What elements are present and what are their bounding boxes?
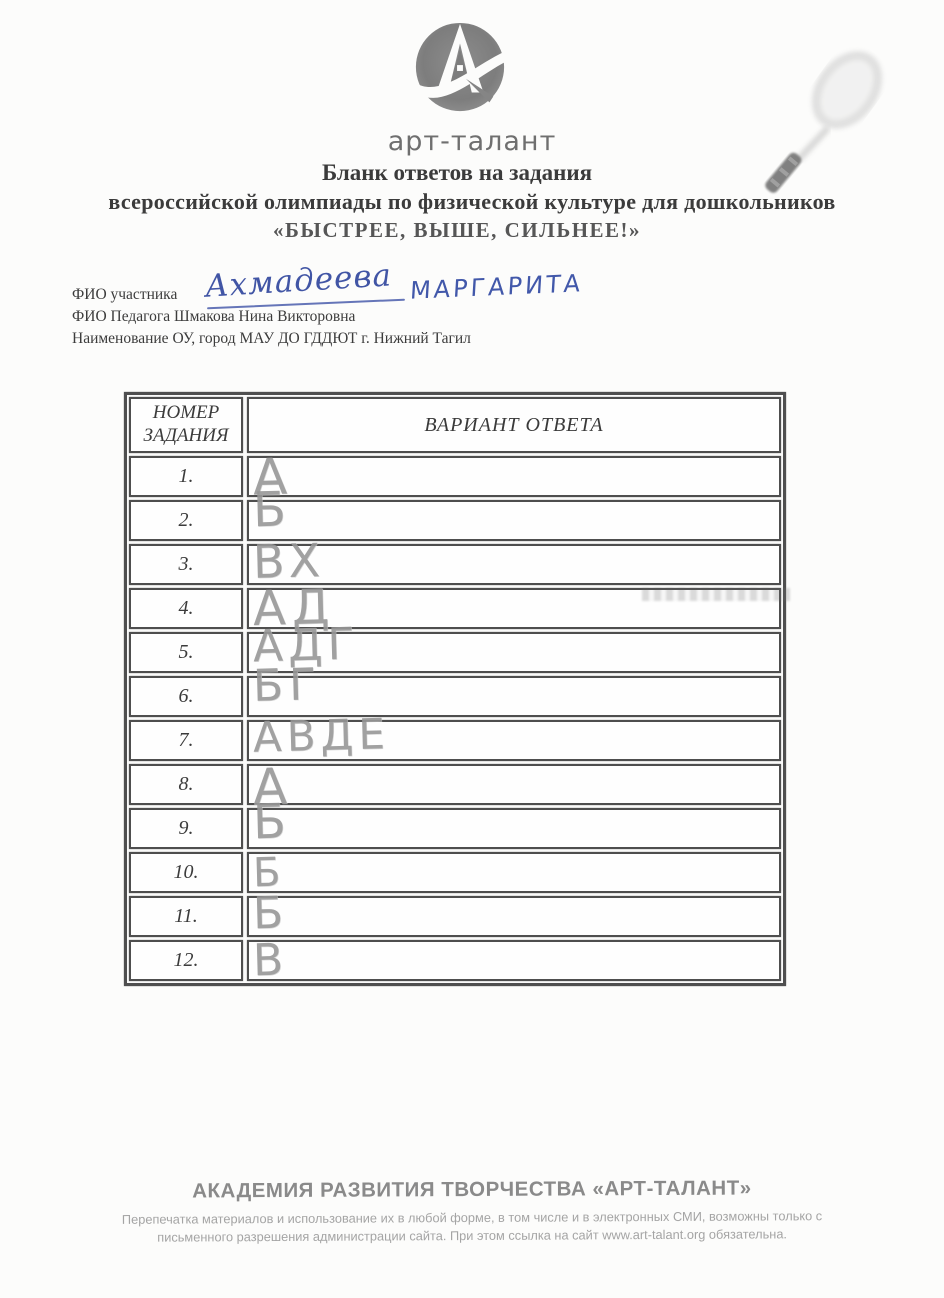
scan-smudge-streak [642,588,790,601]
table-row-11: 11. Б [129,896,781,937]
footer-copyright-note: Перепечатка материалов и использование и… [0,1207,944,1248]
table-row-10: 10. Б [129,852,781,893]
task-number-cell: 12. [129,940,243,981]
table-row-5: 5. АДГ [129,632,781,673]
task-number-cell: 2. [129,500,243,541]
task-number-cell: 1. [129,456,243,497]
task-number-cell: 7. [129,720,243,761]
task-number-cell: 3. [129,544,243,585]
handwritten-answer: БГ [252,664,322,708]
task-number-cell: 5. [129,632,243,673]
task-number-header-line2: ЗАДАНИЯ [144,425,229,448]
table-header-row: НОМЕР ЗАДАНИЯ ВАРИАНТ ОТВЕТА [129,397,781,453]
answer-cell: Б [247,500,781,541]
form-title-line3: «БЫСТРЕЕ, ВЫШЕ, СИЛЬНЕЕ!» [0,218,914,243]
task-number-cell: 4. [129,588,243,629]
task-number-header-line1: НОМЕР [153,402,219,425]
handwritten-answer: В [252,940,283,983]
task-number-cell: 9. [129,808,243,849]
answer-table: НОМЕР ЗАДАНИЯ ВАРИАНТ ОТВЕТА 1. А 2. Б 3… [124,392,786,986]
handwritten-answer: Б [252,800,286,846]
teacher-line: ФИО Педагога Шмакова Нина Викторовна [72,306,772,328]
answer-cell: АВДЕ [247,720,781,761]
table-row-7: 7. АВДЕ [129,720,781,761]
task-number-cell: 6. [129,676,243,717]
table-row-3: 3. ВХ [129,544,781,585]
institution-line: Наименование ОУ, город МАУ ДО ГДДЮТ г. Н… [72,328,772,350]
task-number-cell: 8. [129,764,243,805]
answer-cell: Б [247,808,781,849]
footer-org-title: АКАДЕМИЯ РАЗВИТИЯ ТВОРЧЕСТВА «АРТ-ТАЛАНТ… [0,1176,944,1205]
scan-smudge-racket [752,30,927,205]
task-number-cell: 11. [129,896,243,937]
table-row-9: 9. Б [129,808,781,849]
handwritten-surname: Ахмадеева [205,264,393,297]
table-row-8: 8. А [129,764,781,805]
answer-cell: В [247,940,781,981]
participant-name-line: ФИО участника Ахмадеева МАРГАРИТА [72,284,772,306]
table-row-1: 1. А [129,456,781,497]
art-talant-logo-icon [411,20,509,118]
task-number-cell: 10. [129,852,243,893]
table-row-2: 2. Б [129,500,781,541]
handwritten-answer: Б [252,488,286,534]
handwritten-answer: Б [252,893,283,936]
handwritten-answer: АВДЕ [253,714,391,757]
table-row-12: 12. В [129,940,781,981]
handwritten-firstname: МАРГАРИТА [409,272,583,302]
answer-cell: Б [247,852,781,893]
answer-cell: Б [247,896,781,937]
answer-cell: АДГ [247,632,781,673]
answer-cell: А [247,764,781,805]
handwritten-answer: Б [253,854,281,893]
answer-header-cell: ВАРИАНТ ОТВЕТА [247,397,781,453]
scanned-answer-sheet: арт-талант Бланк ответов на задания всер… [0,0,944,1298]
table-row-6: 6. БГ [129,676,781,717]
footer-block: АКАДЕМИЯ РАЗВИТИЯ ТВОРЧЕСТВА «АРТ-ТАЛАНТ… [0,1176,944,1248]
task-number-header-cell: НОМЕР ЗАДАНИЯ [129,397,243,453]
participant-name-label: ФИО участника [72,286,177,303]
answer-cell: А [247,456,781,497]
participant-info-block: ФИО участника Ахмадеева МАРГАРИТА ФИО Пе… [72,284,772,350]
handwritten-answer: ВХ [252,539,324,585]
